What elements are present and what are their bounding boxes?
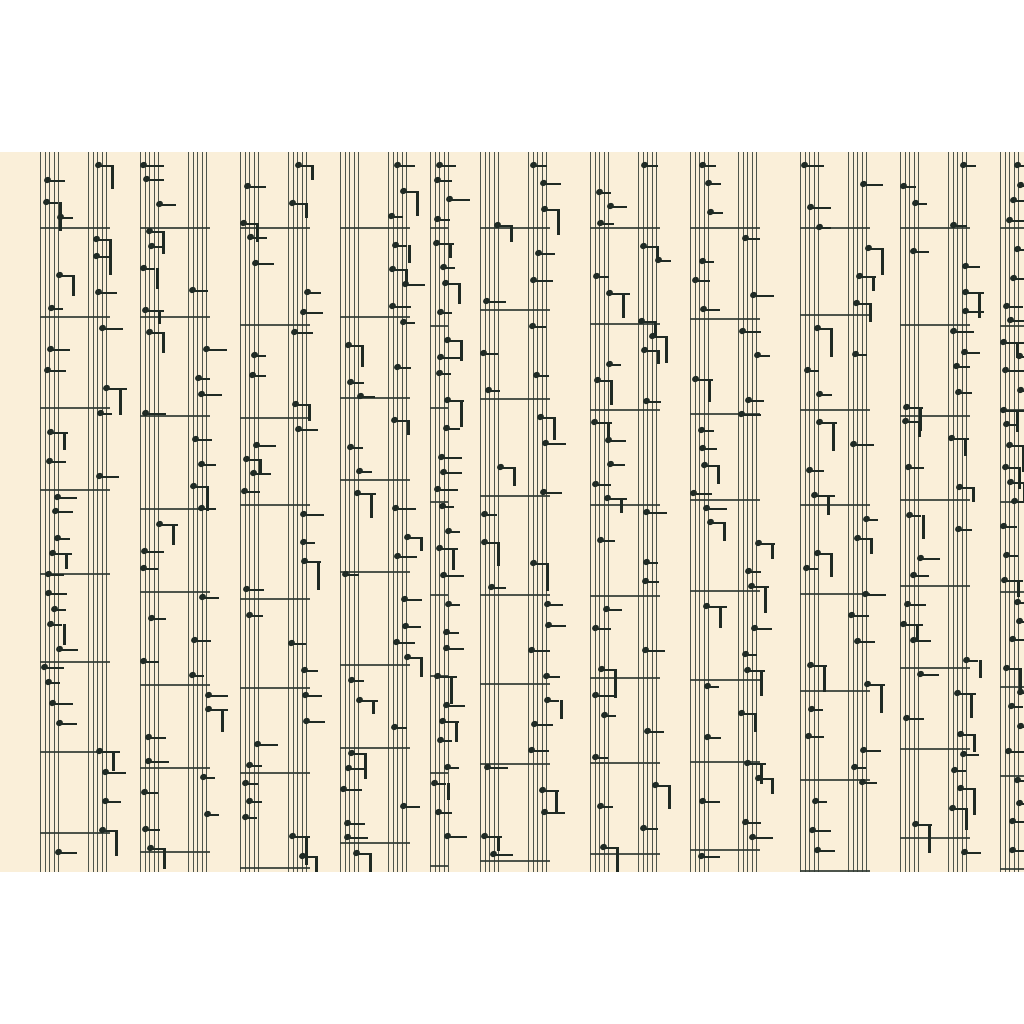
music-stave (1000, 152, 1024, 872)
music-stave (800, 152, 870, 872)
music-stave (40, 152, 110, 872)
music-stave (690, 152, 760, 872)
music-stave (340, 152, 410, 872)
music-stave (590, 152, 660, 872)
music-stave (480, 152, 550, 872)
music-stave (900, 152, 970, 872)
music-stave (140, 152, 210, 872)
sheet-music-paper (0, 152, 1024, 872)
music-stave (240, 152, 310, 872)
music-stave (430, 152, 448, 872)
